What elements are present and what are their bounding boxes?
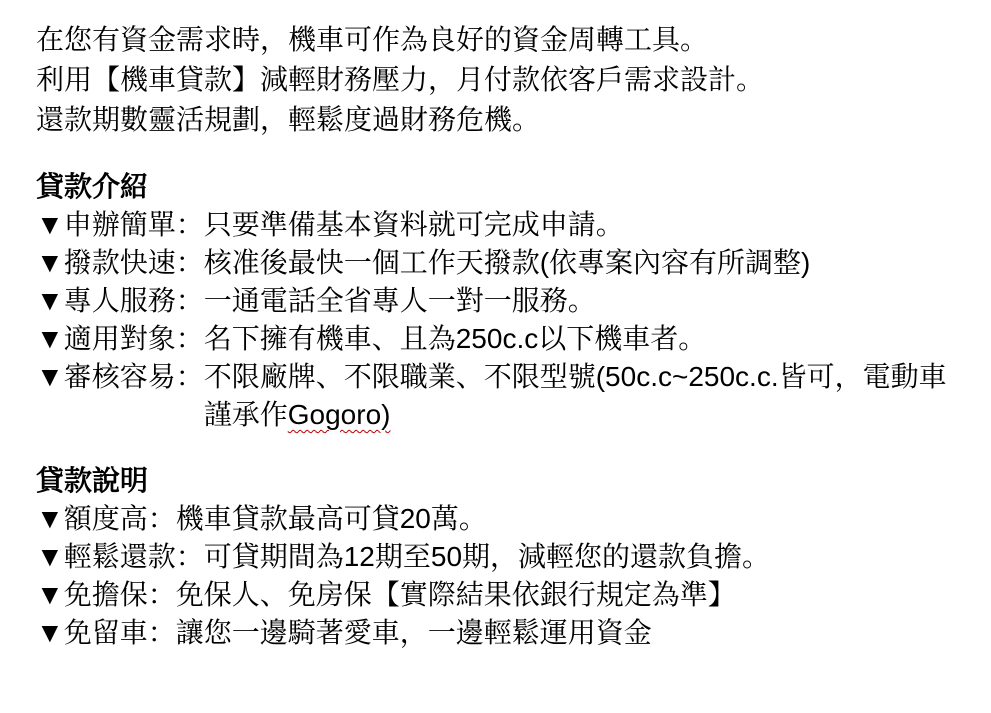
list-item: ▼申辦簡單： 只要準備基本資料就可完成申請。 <box>36 206 981 244</box>
item-text-line-2: 謹承作 <box>204 399 288 430</box>
item-text: 一通電話全省專人一對一服務。 <box>204 282 596 320</box>
item-label-text: 審核容易： <box>64 361 204 392</box>
item-label-text: 免擔保： <box>64 579 176 610</box>
item-label-text: 輕鬆還款： <box>64 541 204 572</box>
item-text: 不限廠牌、不限職業、不限型號(50c.c~250c.c.皆可，電動車謹承作Gog… <box>204 358 947 434</box>
item-text: 核准後最快一個工作天撥款(依專案內容有所調整) <box>204 244 811 282</box>
list-item: ▼撥款快速： 核准後最快一個工作天撥款(依專案內容有所調整) <box>36 244 981 282</box>
item-label-text: 撥款快速： <box>64 247 204 278</box>
triangle-bullet-icon: ▼ <box>36 282 64 320</box>
misspelled-word: Gogoro) <box>288 399 391 430</box>
list-item: ▼適用對象： 名下擁有機車、且為250c.c以下機車者。 <box>36 320 981 358</box>
list-item: ▼審核容易： 不限廠牌、不限職業、不限型號(50c.c~250c.c.皆可，電動… <box>36 358 981 434</box>
triangle-bullet-icon: ▼ <box>36 614 64 652</box>
item-text: 機車貸款最高可貸20萬。 <box>176 500 487 538</box>
document-body: { "page": { "background": "#ffffff", "te… <box>0 0 991 713</box>
triangle-bullet-icon: ▼ <box>36 576 64 614</box>
item-label-text: 免留車： <box>64 617 176 648</box>
list-item: ▼免擔保： 免保人、免房保【實際結果依銀行規定為準】 <box>36 576 981 614</box>
intro-line-3: 還款期數靈活規劃，輕鬆度過財務危機。 <box>36 100 981 140</box>
intro-line-1: 在您有資金需求時，機車可作為良好的資金周轉工具。 <box>36 20 981 60</box>
intro-paragraph: 在您有資金需求時，機車可作為良好的資金周轉工具。 利用【機車貸款】減輕財務壓力，… <box>36 20 981 140</box>
triangle-bullet-icon: ▼ <box>36 320 64 358</box>
item-label: ▼申辦簡單： <box>36 206 204 244</box>
item-text: 讓您一邊騎著愛車，一邊輕鬆運用資金 <box>176 614 652 652</box>
item-text: 免保人、免房保【實際結果依銀行規定為準】 <box>176 576 736 614</box>
item-text: 名下擁有機車、且為250c.c以下機車者。 <box>204 320 707 358</box>
item-label-text: 申辦簡單： <box>64 209 204 240</box>
item-label-text: 專人服務： <box>64 285 204 316</box>
intro-line-2: 利用【機車貸款】減輕財務壓力，月付款依客戶需求設計。 <box>36 60 981 100</box>
item-label: ▼額度高： <box>36 500 176 538</box>
item-label: ▼免留車： <box>36 614 176 652</box>
list-item: ▼額度高： 機車貸款最高可貸20萬。 <box>36 500 981 538</box>
document-page: 在您有資金需求時，機車可作為良好的資金周轉工具。 利用【機車貸款】減輕財務壓力，… <box>0 0 991 713</box>
item-text: 只要準備基本資料就可完成申請。 <box>204 206 624 244</box>
section-title-loan-description: 貸款說明 <box>36 462 981 500</box>
item-label: ▼免擔保： <box>36 576 176 614</box>
item-label: ▼審核容易： <box>36 358 204 396</box>
triangle-bullet-icon: ▼ <box>36 244 64 282</box>
section-loan-introduction: 貸款介紹 ▼申辦簡單： 只要準備基本資料就可完成申請。 ▼撥款快速： 核准後最快… <box>36 168 981 434</box>
list-item: ▼輕鬆還款： 可貸期間為12期至50期，減輕您的還款負擔。 <box>36 538 981 576</box>
section-loan-description: 貸款說明 ▼額度高： 機車貸款最高可貸20萬。 ▼輕鬆還款： 可貸期間為12期至… <box>36 462 981 652</box>
item-label-text: 額度高： <box>64 503 176 534</box>
triangle-bullet-icon: ▼ <box>36 538 64 576</box>
section-title-loan-introduction: 貸款介紹 <box>36 168 981 206</box>
item-text: 可貸期間為12期至50期，減輕您的還款負擔。 <box>204 538 770 576</box>
triangle-bullet-icon: ▼ <box>36 358 64 396</box>
triangle-bullet-icon: ▼ <box>36 206 64 244</box>
item-label: ▼適用對象： <box>36 320 204 358</box>
triangle-bullet-icon: ▼ <box>36 500 64 538</box>
item-label: ▼專人服務： <box>36 282 204 320</box>
item-text-line-1: 不限廠牌、不限職業、不限型號(50c.c~250c.c.皆可，電動車 <box>204 361 947 392</box>
item-label-text: 適用對象： <box>64 323 204 354</box>
item-label: ▼撥款快速： <box>36 244 204 282</box>
item-label: ▼輕鬆還款： <box>36 538 204 576</box>
list-item: ▼專人服務： 一通電話全省專人一對一服務。 <box>36 282 981 320</box>
list-item: ▼免留車： 讓您一邊騎著愛車，一邊輕鬆運用資金 <box>36 614 981 652</box>
